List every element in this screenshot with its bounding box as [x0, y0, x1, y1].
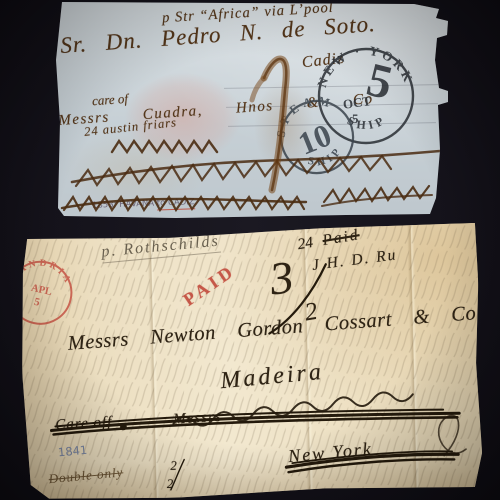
postmark-arc-top-text: NEW · YORK: [314, 43, 417, 89]
crossed-care-of: Care off: [55, 414, 113, 434]
paid-handstamp: PAID: [179, 260, 239, 310]
pencil-note-destination: to CADIZ: [157, 197, 195, 210]
fold-crease: [407, 224, 420, 492]
rate-paid-word-struck: Paid: [321, 226, 361, 249]
rate-initials: J H. D. Ru: [311, 246, 398, 275]
rate-amount: 24: [296, 234, 314, 253]
small-fraction-numerator: 2: [170, 458, 177, 474]
crossed-agent-prefix: Messrs: [173, 409, 222, 429]
cds-arc-text: ANDRIA: [15, 253, 77, 288]
photo-of-two-postal-covers: p Str “Africa” via L’pool Sr. Dn. Pedro …: [0, 0, 500, 500]
year-pencil-note: 1841: [57, 443, 87, 460]
top-cover: p Str “Africa” via L’pool Sr. Dn. Pedro …: [56, 2, 448, 218]
care-of-note: care of: [91, 91, 128, 109]
collector-pencil-note: 1853; HAVANA to CADIZ: [92, 197, 195, 211]
red-circular-datestamp: ANDRIA APL 5: [2, 254, 80, 332]
crossed-city: New York: [287, 438, 373, 467]
forward-note-struck: Double only: [48, 464, 124, 487]
cds-month: APL: [30, 283, 53, 298]
svg-text:NEW · YORK: NEW · YORK: [314, 43, 417, 89]
fold-crease: [147, 230, 160, 498]
ship-route-pencil-note: p. Rothschilds: [101, 233, 221, 264]
cds-day: 5: [33, 296, 41, 309]
small-fraction-denominator: 2: [167, 476, 174, 492]
rate-fraction-numerator: 3: [267, 250, 297, 305]
bottom-cover: p. Rothschilds PAID ANDRIA APL 5 24 Paid…: [19, 223, 483, 500]
svg-text:ANDRIA: ANDRIA: [15, 253, 77, 288]
